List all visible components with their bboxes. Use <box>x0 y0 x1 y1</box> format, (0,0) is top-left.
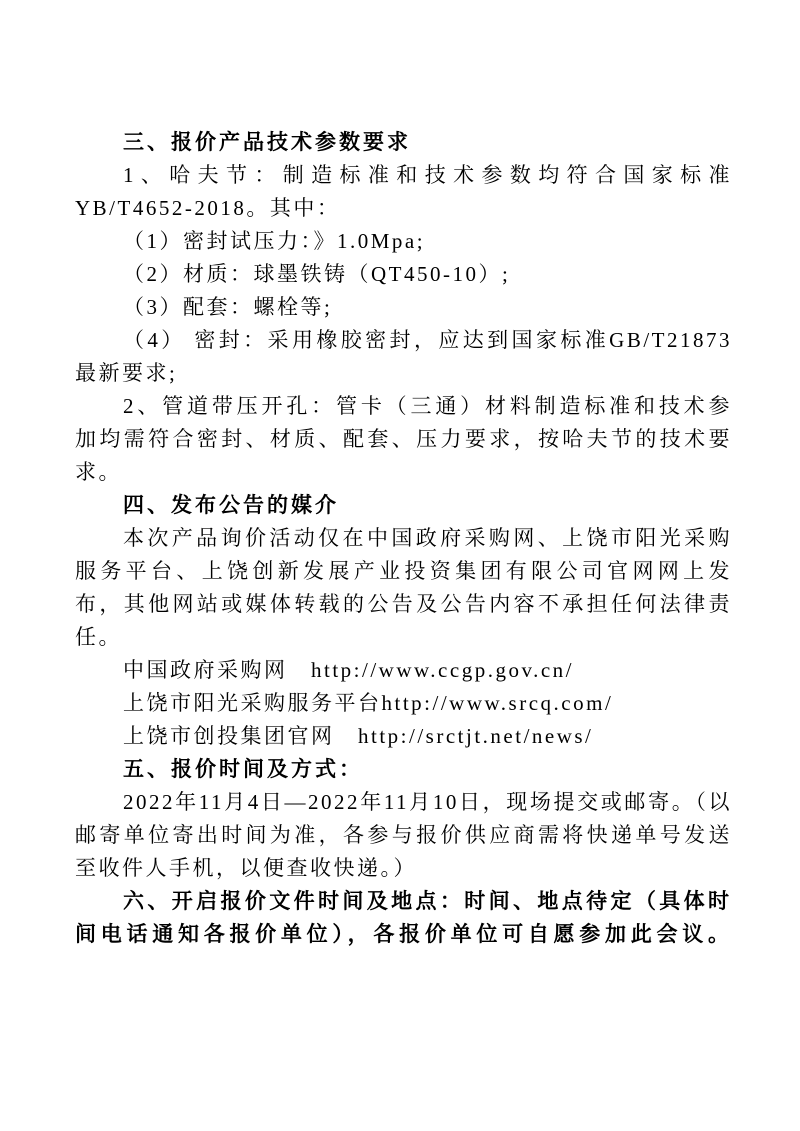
media-link-ccgp: 中国政府采购网 http://www.ccgp.gov.cn/ <box>75 654 732 687</box>
document-page: 三、报价产品技术参数要求1、哈夫节：制造标准和技术参数均符合国家标准YB/T46… <box>0 0 800 1131</box>
media-link-srcq: 上饶市阳光采购服务平台http://www.srcq.com/ <box>75 687 732 720</box>
para-time-line-1: 2022年11月4日—2022年11月10日，现场提交或邮寄。（以 <box>75 786 732 819</box>
section-3-heading: 三、报价产品技术参数要求 <box>75 126 732 159</box>
spec-item-4-line-1: （4） 密封：采用橡胶密封，应达到国家标准GB/T21873 <box>75 324 732 357</box>
para-media-line-2: 服务平台、上饶创新发展产业投资集团有限公司官网网上发 <box>75 555 732 588</box>
para-media-line-1: 本次产品询价活动仅在中国政府采购网、上饶市阳光采购 <box>75 522 732 555</box>
spec-item-4-line-2: 最新要求; <box>75 357 732 390</box>
para-media-line-3: 布，其他网站或媒体转载的公告及公告内容不承担任何法律责 <box>75 588 732 621</box>
section-4-heading: 四、发布公告的媒介 <box>75 489 732 522</box>
para-hafu-line-2: YB/T4652-2018。其中： <box>75 192 732 225</box>
media-link-srctjt: 上饶市创投集团官网 http://srctjt.net/news/ <box>75 720 732 753</box>
spec-item-1: （1）密封试压力：》1.0Mpa; <box>75 225 732 258</box>
para-time-line-2: 邮寄单位寄出时间为准，各参与报价供应商需将快递单号发送 <box>75 819 732 852</box>
spec-item-2: （2）材质：球墨铁铸（QT450-10）; <box>75 258 732 291</box>
para-hafu-line-1: 1、哈夫节：制造标准和技术参数均符合国家标准 <box>75 159 732 192</box>
document-body: 三、报价产品技术参数要求1、哈夫节：制造标准和技术参数均符合国家标准YB/T46… <box>75 126 732 951</box>
section-6-line-2: 间电话通知各报价单位），各报价单位可自愿参加此会议。 <box>75 918 732 951</box>
spec-item-3: （3）配套：螺栓等; <box>75 291 732 324</box>
para-pipe-line-3: 求。 <box>75 456 732 489</box>
para-media-line-4: 任。 <box>75 621 732 654</box>
para-pipe-line-2: 加均需符合密封、材质、配套、压力要求，按哈夫节的技术要 <box>75 423 732 456</box>
section-6-heading: 六、开启报价文件时间及地点：时间、地点待定（具体时 <box>75 885 732 918</box>
section-5-heading: 五、报价时间及方式： <box>75 753 732 786</box>
para-pipe-line-1: 2、管道带压开孔：管卡（三通）材料制造标准和技术参 <box>75 390 732 423</box>
para-time-line-3: 至收件人手机，以便查收快递。） <box>75 852 732 885</box>
